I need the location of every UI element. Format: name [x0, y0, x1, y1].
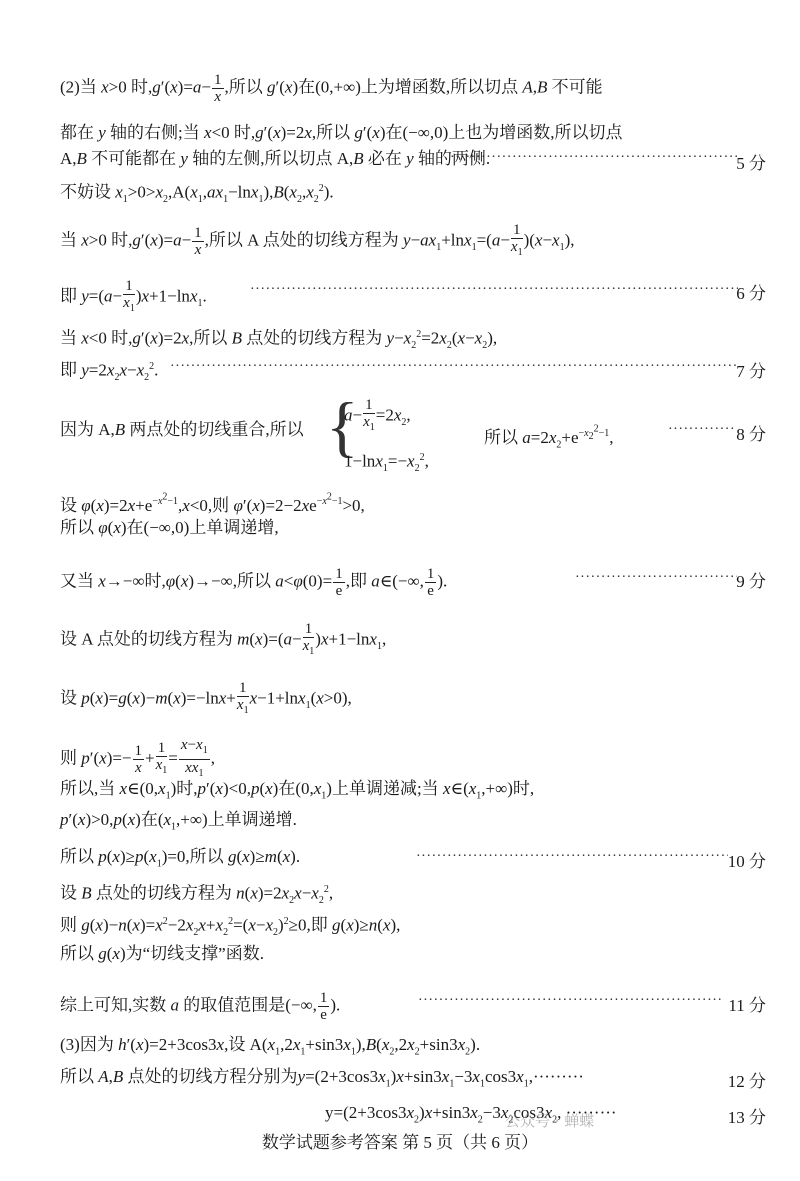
- leader-dots: ········································…: [450, 150, 738, 166]
- text-line-21: 所以 g(x)为“切线支撑”函数.: [60, 944, 264, 964]
- text-line-6: 即 y=(a−1x1)x+1−lnx1.: [60, 278, 207, 317]
- text-line-15: 则 p′(x)=−1x+1x1=x−x1xx1,: [60, 737, 215, 782]
- score-10: 10 分: [728, 847, 766, 872]
- score-7: 7 分: [736, 357, 766, 382]
- score-6: 6 分: [736, 279, 766, 304]
- score-9: 9 分: [736, 567, 766, 592]
- leader-dots: ················: [668, 422, 736, 438]
- text-line-4: 不妨设 x1>0>x2,A(x1,ax1−lnx1),B(x2,x22).: [60, 179, 334, 210]
- leader-dots: ········································…: [250, 282, 738, 298]
- text-line-7: 当 x<0 时,g′(x)=2x,所以 B 点处的切线方程为 y−x22=2x2…: [60, 325, 497, 356]
- text-line-23: (3)因为 h′(x)=2+3cos3x,设 A(x1,2x1+sin3x1),…: [60, 1035, 480, 1062]
- leader-dots: ········································…: [170, 359, 738, 375]
- text-line-1: (2)当 x>0 时,g′(x)=a−1x,所以 g′(x)在(0,+∞)上为增…: [60, 72, 603, 105]
- leader-dots: ········································…: [416, 849, 728, 865]
- system-eq-1: a−1x1=2x2,: [344, 397, 411, 436]
- text-line-24: 所以 A,B 点处的切线方程分别为y=(2+3cos3x1)x+sin3x1−3…: [60, 1067, 584, 1094]
- text-line-20: 则 g(x)−n(x)=x2−2x2x+x22=(x−x2)2≥0,即 g(x)…: [60, 912, 400, 943]
- score-5: 5 分: [736, 149, 766, 174]
- text-line-8: 即 y=2x2x−x22.: [60, 357, 158, 388]
- text-line-19: 设 B 点处的切线方程为 n(x)=2x2x−x22,: [60, 880, 333, 911]
- text-line-11: 所以 φ(x)在(−∞,0)上单调递增,: [60, 518, 279, 538]
- text-line-10: 设 φ(x)=2x+e−x2−1,x<0,则 φ′(x)=2−2xe−x2−1>…: [60, 488, 365, 516]
- score-12: 12 分: [728, 1067, 766, 1092]
- leader-dots: ········································…: [418, 993, 724, 1009]
- page-footer: 数学试题参考答案 第 5 页（共 6 页）: [0, 1128, 800, 1153]
- text-line-17: p′(x)>0,p(x)在(x1,+∞)上单调递增.: [60, 810, 297, 837]
- text-line-12: 又当 x→−∞时,φ(x)→−∞,所以 a<φ(0)=1e,即 a∈(−∞,1e…: [60, 566, 447, 599]
- score-11: 11 分: [728, 991, 766, 1016]
- text-line-2: 都在 y 轴的右侧;当 x<0 时,g′(x)=2x,所以 g′(x)在(−∞,…: [60, 123, 623, 143]
- text-line-14: 设 p(x)=g(x)−m(x)=−lnx+1x1x−1+lnx1(x>0),: [60, 680, 352, 719]
- text-line-16: 所以,当 x∈(0,x1)时,p′(x)<0,p(x)在(0,x1)上单调递减;…: [60, 779, 534, 806]
- text-line-9: 因为 A,B 两点处的切线重合,所以: [60, 420, 304, 440]
- text-line-22: 综上可知,实数 a 的取值范围是(−∞,1e).: [60, 990, 340, 1023]
- score-13: 13 分: [728, 1103, 766, 1128]
- text-line-13: 设 A 点处的切线方程为 m(x)=(a−1x1)x+1−lnx1,: [60, 621, 386, 660]
- text-line-18: 所以 p(x)≥p(x1)=0,所以 g(x)≥m(x).: [60, 847, 300, 874]
- leader-dots: ········································…: [575, 570, 737, 586]
- text-line-3: A,B 不可能都在 y 轴的左侧,所以切点 A,B 必在 y 轴的两侧.: [60, 149, 490, 169]
- fraction: 1x: [212, 72, 224, 105]
- text-line-9b: 所以 a=2x2+e−x22−1,: [484, 420, 614, 455]
- system-eq-2: 1−lnx1=−x22,: [344, 448, 429, 479]
- text-line-5: 当 x>0 时,g′(x)=a−1x,所以 A 点处的切线方程为 y−ax1+l…: [60, 222, 575, 261]
- score-8: 8 分: [736, 420, 766, 445]
